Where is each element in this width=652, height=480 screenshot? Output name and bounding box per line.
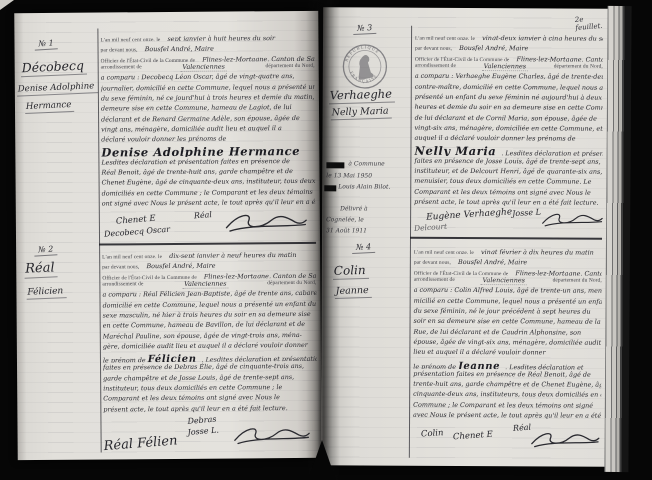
child-name-line: le prénom de Jeanne. Lesdites déclaratio… (413, 358, 601, 370)
entry-body-after: Lesdites déclaration et présentation fai… (101, 156, 315, 209)
note-word: à (348, 160, 352, 167)
declarant-signature: Réal Félien (103, 434, 178, 455)
printed-label: arrondissement de (415, 61, 456, 72)
left-page: № 1 Décobecq Denise Adolphine Hermance №… (14, 11, 322, 460)
signature-flourish (529, 427, 601, 451)
witness-signature: Delcourt (414, 221, 448, 232)
text-line: auquel il a déclaré vouloir donner les p… (414, 133, 602, 144)
entry-body-after: présentation faites en présence de Réal … (413, 369, 601, 422)
declarant-signature: Decobecq Oscar (104, 224, 171, 238)
entry-separator (99, 242, 316, 246)
form-line: par devant nous, Bousfel André, Maire (414, 254, 602, 265)
entry-body: a comparu : Verhaeghe Eugène Charles, âg… (414, 71, 602, 144)
note-word: Commune (354, 160, 385, 167)
text-line: cinquante-deux ans, instituteurs, tous d… (413, 389, 601, 400)
witness-signature: Chenet E (453, 429, 493, 442)
witness-signature: Chenet E (116, 213, 156, 226)
declarant-signature: Eugène Verhaeghe (426, 207, 513, 223)
witness-signature: Debras (187, 415, 217, 426)
child-name: Nelly Maria (414, 144, 501, 157)
printed-label: département du Nord, (554, 61, 603, 72)
entry-body: a comparu : Decobecq Léon Oscar, âgé de … (101, 71, 316, 145)
entry-4-act: L'an mil neuf cent onze, le vingt févrie… (413, 244, 602, 455)
text-line: a comparu : Verhaeghe Eugène Charles, âg… (415, 71, 603, 82)
margin-firstnames-1b: Hermance (25, 100, 75, 114)
entry-2-act: L'an mil neuf cent onze, le dix-sept jan… (102, 247, 318, 455)
scan-corner-sliver (0, 0, 14, 10)
printed-label: département du Nord, (267, 278, 316, 289)
signatures-entry-3: Eugène Verhaeghe Josse L Delcourt (414, 207, 602, 234)
arrondissement-fill: Valenciennes (182, 279, 229, 290)
official-stamp: RÉPUBLIQUE FRANÇAISE (342, 43, 388, 89)
entry-body: a comparu : Réal Félicien Jean-Baptiste,… (102, 288, 316, 352)
entry-number-3: № 3 (353, 23, 377, 35)
margin-surname-4: Colin (333, 263, 369, 280)
text-line: a comparu : Colin Alfred Louis, âgé de t… (414, 285, 602, 296)
entry-body-after: faites en présence de Debras Élie, âgé d… (103, 361, 317, 414)
child-name-line: Nelly Maria. Lesdites déclaration et pré… (414, 144, 602, 157)
text-line: lieu et auquel il a déclaré vouloir donn… (413, 347, 601, 358)
note-line: Cognelée, le (326, 216, 364, 223)
right-page: 2e feuillet. № 3 RÉPUBLIQUE FRANÇAISE Ve… (321, 7, 609, 466)
printed-label: département du Nord, (553, 275, 602, 286)
margin-firstnames-4: Jeanne (335, 285, 372, 299)
note-line: Délivré à (340, 205, 368, 212)
signature-flourish (231, 423, 311, 448)
entry-separator (410, 237, 602, 240)
redaction-bar (326, 162, 344, 168)
entry-number-1: № 1 (34, 38, 58, 50)
margin-surname-2: Réal (24, 260, 58, 278)
arrondissement-fill: Valenciennes (482, 61, 529, 72)
printed-label: arrondissement de (101, 62, 142, 73)
printed-label: arrondissement de (102, 279, 143, 290)
redaction-bar (324, 185, 336, 191)
margin-firstnames-3: Nelly Maria (330, 106, 391, 121)
declarant-signature: Colin (421, 428, 444, 439)
margin-firstnames-2: Félicien (26, 286, 66, 300)
witness-signature: Josse L. (187, 426, 219, 437)
entry-number-4: № 4 (352, 242, 376, 254)
form-line: par devant nous, Bousfel André, Maire (415, 40, 603, 51)
entry-1-act: L'an mil neuf cent onze, le sept janvier… (100, 30, 316, 239)
witness-signature: Réal (194, 210, 213, 220)
entry-3-act: L'an mil neuf cent onze, le vingt-deux j… (414, 30, 603, 234)
arrondissement-fill: Valenciennes (180, 62, 227, 73)
printed-label: arrondissement de (414, 275, 455, 286)
entry-number-2: № 2 (34, 244, 58, 256)
signatures-entry-1: Chenet E Réal Decobecq Oscar (102, 207, 316, 239)
note-line: à Commune (348, 160, 384, 167)
text-line: menuisier, tous deux domiciliés en cette… (414, 176, 602, 187)
margin-firstnames-1: Denise Adolphine (17, 81, 98, 96)
entry-body-after: faites en présence de Josse Louis, âgé d… (414, 156, 602, 209)
note-line: Louis Alain Bilot. (338, 183, 390, 190)
marginal-annotation: à Commune le 13 Mai 1950 Louis Alain Bil… (324, 159, 410, 249)
arrondissement-fill: Valenciennes (480, 275, 527, 286)
margin-surname-3: Verhaeghe (329, 86, 396, 104)
entry-body: a comparu : Colin Alfred Louis, âgé de t… (413, 285, 601, 358)
text-line: soir en sa demeure sise en cette Commune… (414, 316, 602, 327)
witness-signature: Josse L (512, 207, 541, 218)
signature-flourish (540, 208, 604, 230)
book-page-edges (604, 6, 631, 472)
note-line: le 13 Mai 1950 (326, 172, 372, 179)
printed-label: département du Nord, (265, 61, 314, 72)
text-line: heures et demie du soir en sa demeure si… (415, 102, 603, 113)
note-line: 31 Août 1911 (326, 227, 367, 234)
folio-note: 2e feuillet. (575, 13, 610, 32)
signatures-entry-2: Debras Josse L. Réal Félien (103, 413, 317, 455)
registry-scan: № 1 Décobecq Denise Adolphine Hermance №… (0, 0, 652, 480)
stamp-figure (359, 55, 374, 80)
signature-flourish (220, 209, 312, 234)
margin-surname-1: Décobecq (20, 57, 87, 77)
signatures-entry-4: Colin Chenet E Réal (413, 420, 601, 455)
